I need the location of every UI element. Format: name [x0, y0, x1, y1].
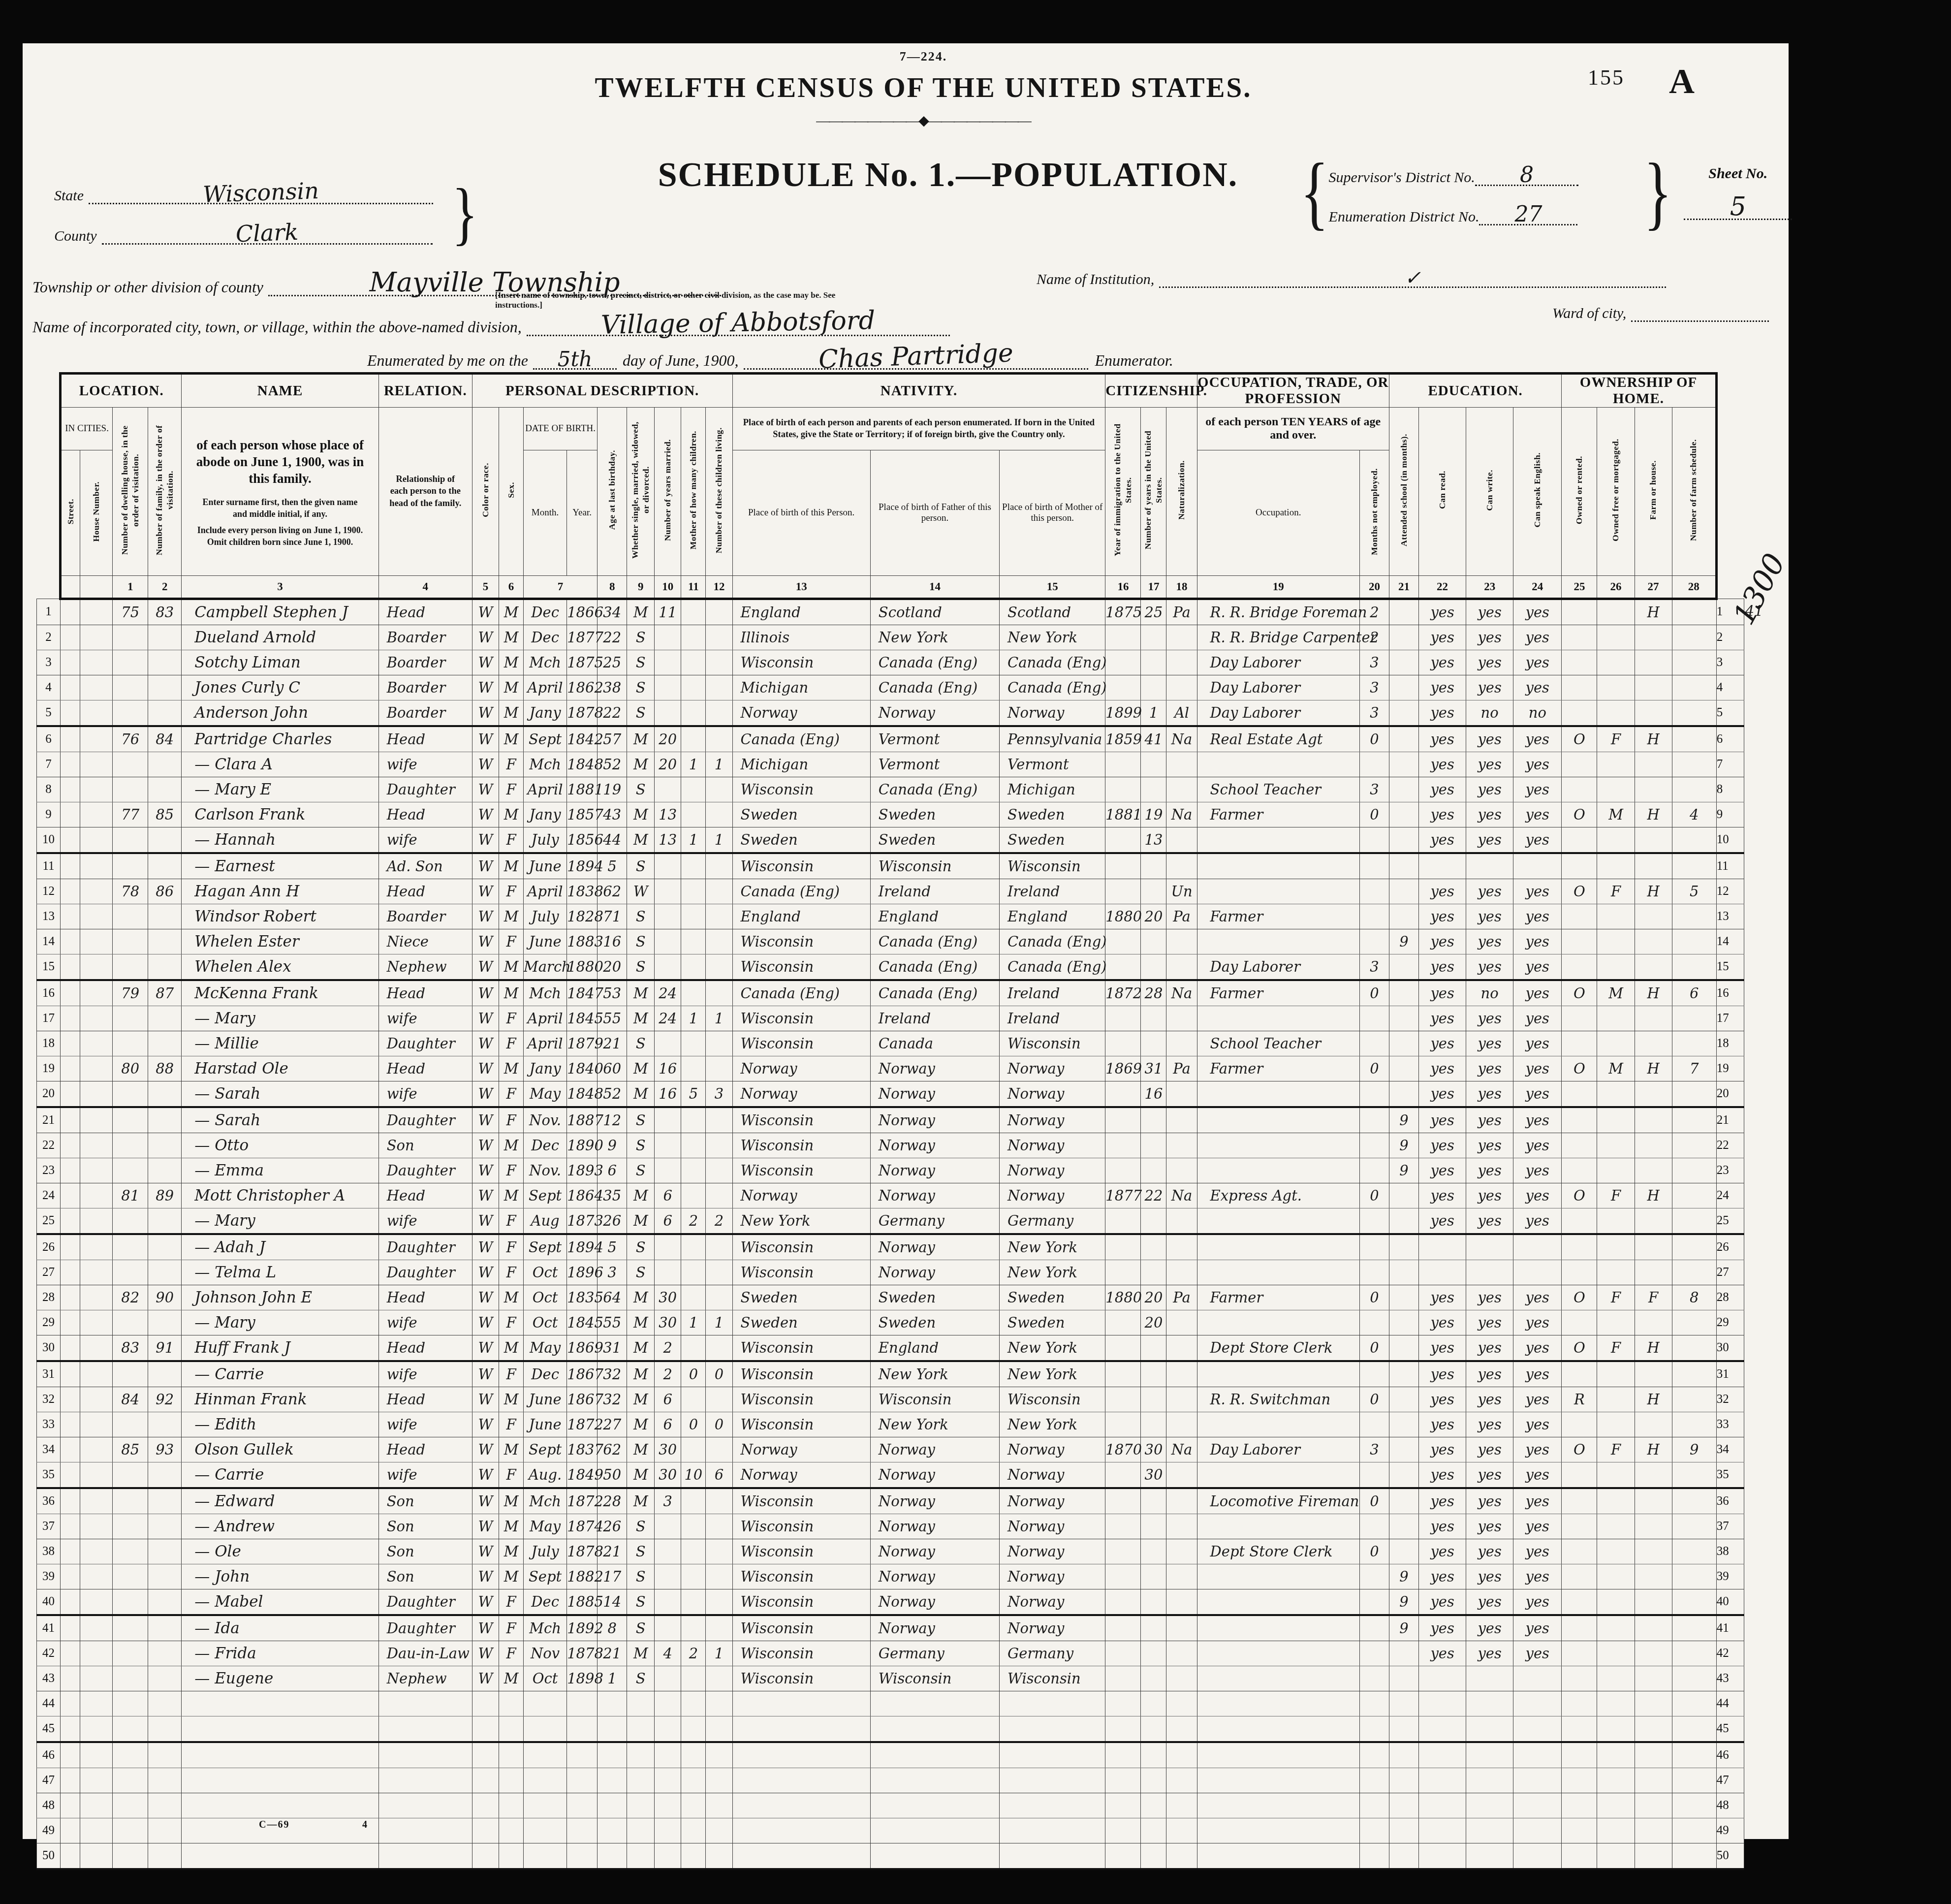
entry-eng: yes — [1526, 1339, 1549, 1356]
cell-sch — [1389, 1412, 1418, 1437]
cell-mo_ch — [681, 1335, 706, 1362]
cell-sex — [499, 1716, 523, 1743]
entry-pob: Norway — [741, 704, 797, 721]
entry-yrs_m: 6 — [663, 1187, 672, 1204]
cell-fs — [1672, 1793, 1716, 1818]
cell-house — [80, 904, 113, 929]
entry-sex: F — [506, 756, 516, 773]
cell-yrs_us — [1141, 1666, 1166, 1691]
entry-mar: S — [636, 1670, 646, 1687]
row-number-left: 27 — [37, 1260, 61, 1285]
entry-read: yes — [1430, 1162, 1454, 1179]
cell-occ — [1197, 1843, 1359, 1870]
cell-house — [80, 650, 113, 675]
cell-write — [1466, 1691, 1513, 1716]
cell-fh — [1635, 1107, 1672, 1133]
cell-fs — [1672, 1208, 1716, 1235]
entry-write: yes — [1478, 1391, 1501, 1408]
entry-eng: yes — [1526, 1289, 1549, 1306]
cell-own — [1562, 1539, 1597, 1564]
cell-eng — [1513, 1716, 1562, 1743]
cell-street — [61, 675, 80, 700]
entry-b_mo: April — [528, 1035, 563, 1052]
entry-occ: Dept Store Clerk — [1210, 1339, 1333, 1356]
entry-pob: Norway — [741, 1060, 797, 1077]
cell-street — [61, 980, 80, 1006]
entry-ch_liv: 1 — [715, 756, 724, 773]
cell-mo_ch — [681, 1133, 706, 1158]
entry-mar: M — [633, 1366, 648, 1383]
entry-rel: wife — [387, 1466, 417, 1483]
entry-pob_m: Norway — [1007, 1568, 1064, 1585]
entry-fs: 8 — [1690, 1289, 1699, 1306]
cell-b_yr: 1878 — [567, 700, 598, 727]
entry-name: Dueland Arnold — [194, 629, 316, 646]
entry-mne: 0 — [1370, 1391, 1379, 1408]
cell-mne — [1359, 853, 1389, 879]
cell-sch — [1389, 1843, 1418, 1870]
row-number-left: 21 — [37, 1107, 61, 1133]
cell-pob_f: Norway — [870, 700, 999, 727]
cell-b_mo: Mch — [524, 1488, 567, 1514]
cell-yrs_us — [1141, 1514, 1166, 1539]
cell-pob: England — [732, 599, 870, 625]
cell-sex: M — [499, 1056, 523, 1081]
cell-mar: M — [627, 1056, 655, 1081]
table-row: 4444 — [37, 1691, 1744, 1716]
cell-fs — [1672, 827, 1716, 854]
entry-dw: 78 — [121, 883, 139, 900]
cell-ch_liv — [706, 726, 732, 752]
cell-fm — [1597, 625, 1635, 650]
cell-write: yes — [1466, 625, 1513, 650]
cell-mar: M — [627, 1006, 655, 1031]
cell-own — [1562, 1564, 1597, 1589]
cell-mar: M — [627, 1462, 655, 1489]
row-number-right: 14 — [1716, 929, 1744, 954]
cell-eng: yes — [1513, 1081, 1562, 1108]
cell-ch_liv — [706, 1564, 732, 1589]
cell-rel: wife — [378, 752, 472, 777]
cell-pob_f: Norway — [870, 1183, 999, 1208]
cell-street — [61, 1183, 80, 1208]
cell-name: — Clara A — [182, 752, 378, 777]
entry-pob_m: Norway — [1007, 1441, 1064, 1458]
cell-fam — [148, 853, 182, 879]
cell-dw — [113, 827, 148, 854]
cell-pob_m: New York — [1000, 625, 1105, 650]
entry-dw: 75 — [121, 604, 139, 621]
entry-pob: England — [741, 604, 801, 621]
entry-fh: H — [1647, 1339, 1659, 1356]
cell-color: W — [472, 1666, 499, 1691]
entry-name: — Mary — [194, 1212, 255, 1230]
entry-fh: H — [1647, 604, 1659, 621]
colnum-12: 12 — [706, 576, 732, 599]
entry-pob_f: Norway — [879, 1137, 935, 1154]
cell-mo_ch — [681, 1158, 706, 1183]
entry-own: O — [1573, 1339, 1585, 1356]
entry-name: — Earnest — [194, 857, 275, 875]
cell-write: yes — [1466, 1158, 1513, 1183]
col-head-years-married-label: Number of years married. — [662, 439, 673, 541]
cell-write — [1466, 1768, 1513, 1793]
cell-house — [80, 1387, 113, 1412]
cell-nat — [1166, 1208, 1197, 1235]
cell-fam — [148, 1793, 182, 1818]
row-number-right: 49 — [1716, 1818, 1744, 1843]
entry-color: W — [478, 781, 493, 798]
cell-write: yes — [1466, 1031, 1513, 1056]
cell-imm — [1105, 879, 1141, 904]
cell-rel: Niece — [378, 929, 472, 954]
entry-name: — Emma — [194, 1162, 264, 1179]
cell-name: — Telma L — [182, 1260, 378, 1285]
entry-pob: Sweden — [741, 1289, 798, 1306]
entry-read: yes — [1430, 604, 1454, 621]
entry-pob_m: New York — [1007, 1239, 1077, 1256]
cell-eng: yes — [1513, 904, 1562, 929]
cell-rel: wife — [378, 827, 472, 854]
entry-occ: R. R. Bridge Carpenter — [1210, 629, 1377, 646]
cell-yrs_m — [655, 1691, 681, 1716]
entry-b_yr: 1837 — [567, 1441, 603, 1458]
cell-b_yr: 1838 — [567, 879, 598, 904]
cell-eng: yes — [1513, 1107, 1562, 1133]
cell-color: W — [472, 650, 499, 675]
entry-mar: M — [633, 831, 648, 848]
cell-b_mo: April — [524, 1031, 567, 1056]
entry-mar: M — [633, 756, 648, 773]
cell-read — [1419, 1768, 1466, 1793]
cell-nat — [1166, 1031, 1197, 1056]
entry-b_mo: Mch — [529, 1493, 561, 1510]
cell-b_yr — [567, 1716, 598, 1743]
cell-yrs_us: 30 — [1141, 1462, 1166, 1489]
cell-imm — [1105, 1589, 1141, 1616]
entry-name: Partridge Charles — [194, 730, 332, 748]
cell-pob_m: New York — [1000, 1361, 1105, 1387]
cell-b_yr: 1845 — [567, 1310, 598, 1335]
colnum-27: 27 — [1635, 576, 1672, 599]
row-number-right: 35 — [1716, 1462, 1744, 1489]
cell-fam — [148, 1742, 182, 1768]
cell-fh — [1635, 1488, 1672, 1514]
cell-read: yes — [1419, 1615, 1466, 1641]
cell-color: W — [472, 1260, 499, 1285]
entry-b_yr: 1864 — [567, 1187, 603, 1204]
colnum-25: 25 — [1562, 576, 1597, 599]
cell-yrs_us: 19 — [1141, 802, 1166, 827]
cell-sex: M — [499, 853, 523, 879]
entry-sch: 9 — [1399, 933, 1408, 950]
cell-ch_liv — [706, 1843, 732, 1870]
cell-fm — [1597, 599, 1635, 625]
entry-pob_f: Canada (Eng) — [879, 985, 978, 1002]
entry-yrs_us: 41 — [1144, 731, 1163, 748]
cell-fs — [1672, 700, 1716, 727]
entry-rel: Daughter — [387, 781, 455, 798]
cell-mar: M — [627, 1183, 655, 1208]
entry-b_mo: Mch — [529, 1620, 561, 1637]
entry-b_yr: 1893 — [567, 1162, 603, 1179]
entry-mo_ch: 10 — [684, 1466, 702, 1483]
cell-write: yes — [1466, 802, 1513, 827]
entry-pob_f: Norway — [879, 704, 935, 721]
row-number-right: 41 — [1716, 1615, 1744, 1641]
cell-read: yes — [1419, 1589, 1466, 1616]
cell-own — [1562, 700, 1597, 727]
entry-b_yr: 1877 — [567, 629, 603, 646]
entry-pob: Wisconsin — [741, 1239, 814, 1256]
entry-pob_f: Germany — [879, 1212, 944, 1229]
cell-yrs_us — [1141, 777, 1166, 802]
cell-rel: Boarder — [378, 675, 472, 700]
cell-fam — [148, 1310, 182, 1335]
cell-nat — [1166, 1387, 1197, 1412]
cell-occ: Express Agt. — [1197, 1183, 1359, 1208]
cell-color: W — [472, 1589, 499, 1616]
cell-fh — [1635, 1133, 1672, 1158]
cell-read: yes — [1419, 1539, 1466, 1564]
entry-sch: 9 — [1399, 1593, 1408, 1610]
cell-mar: S — [627, 777, 655, 802]
col-head-write-label: Can write. — [1484, 470, 1495, 511]
entry-write: yes — [1478, 781, 1501, 798]
entry-sex: F — [506, 1416, 516, 1433]
cell-mne — [1359, 1514, 1389, 1539]
entry-pob_f: Canada (Eng) — [879, 933, 978, 950]
cell-fm — [1597, 1107, 1635, 1133]
cell-write: yes — [1466, 1615, 1513, 1641]
cell-pob: Sweden — [732, 1310, 870, 1335]
cell-yrs_us — [1141, 1716, 1166, 1743]
cell-yrs_m: 2 — [655, 1335, 681, 1362]
entry-imm: 1869 — [1105, 1060, 1142, 1077]
entry-yrs_m: 24 — [659, 985, 677, 1002]
table-row: 288290Johnson John EHeadWMOct183564M30Sw… — [37, 1285, 1744, 1310]
cell-fs: 4 — [1672, 802, 1716, 827]
sheet-label: Sheet No. — [1684, 165, 1792, 182]
entry-b_mo: May — [530, 1339, 561, 1356]
cell-fh — [1635, 1818, 1672, 1843]
cell-b_mo: Mch — [524, 650, 567, 675]
col-head-owned: Owned or rented. — [1562, 408, 1597, 576]
cell-rel: Head — [378, 980, 472, 1006]
cell-ch_liv — [706, 1387, 732, 1412]
cell-fs — [1672, 752, 1716, 777]
row-number-left: 41 — [37, 1615, 61, 1641]
colnum-house — [80, 576, 113, 599]
entry-write: yes — [1478, 654, 1501, 671]
cell-mo_ch — [681, 1514, 706, 1539]
cell-fam — [148, 1589, 182, 1616]
table-row: 23— EmmaDaughterWFNov.18936SWisconsinNor… — [37, 1158, 1744, 1183]
entry-b_mo: Aug. — [529, 1466, 562, 1483]
col-head-naturalization-label: Naturalization. — [1176, 460, 1187, 520]
row-number-right: 23 — [1716, 1158, 1744, 1183]
entry-read: yes — [1430, 1593, 1454, 1610]
cell-b_yr: 1828 — [567, 904, 598, 929]
cell-fam: 88 — [148, 1056, 182, 1081]
cell-imm — [1105, 1818, 1141, 1843]
entry-sex: F — [506, 1085, 516, 1102]
col-head-street: Street. — [61, 450, 80, 576]
cell-pob_f: Wisconsin — [870, 853, 999, 879]
cell-own — [1562, 1742, 1597, 1768]
entry-pob_f: Norway — [879, 1568, 935, 1585]
cell-fm — [1597, 1031, 1635, 1056]
cell-eng — [1513, 1691, 1562, 1716]
district-block: { Supervisor's District No. 8 Enumeratio… — [1300, 159, 1792, 225]
cell-imm — [1105, 1716, 1141, 1743]
cell-pob: Wisconsin — [732, 1234, 870, 1260]
cell-imm — [1105, 1514, 1141, 1539]
entry-mar: M — [633, 806, 648, 823]
cell-read — [1419, 1260, 1466, 1285]
colnum-28: 28 — [1672, 576, 1716, 599]
row-number-right: 33 — [1716, 1412, 1744, 1437]
cell-color — [472, 1818, 499, 1843]
cell-occ: R. R. Switchman — [1197, 1387, 1359, 1412]
cell-read: yes — [1419, 827, 1466, 854]
cell-dw — [113, 1133, 148, 1158]
entry-sex: M — [504, 1493, 519, 1510]
cell-read: yes — [1419, 625, 1466, 650]
cell-fam: 84 — [148, 726, 182, 752]
entry-mar: S — [636, 1568, 646, 1585]
cell-fs — [1672, 1589, 1716, 1616]
entry-pob: Wisconsin — [741, 781, 814, 798]
cell-read: yes — [1419, 954, 1466, 981]
cell-fm: F — [1597, 1285, 1635, 1310]
cell-b_mo: Nov. — [524, 1107, 567, 1133]
cell-dw — [113, 1361, 148, 1387]
cell-dw — [113, 904, 148, 929]
cell-house — [80, 1589, 113, 1616]
cell-yrs_us: 20 — [1141, 1285, 1166, 1310]
entry-color: W — [478, 1162, 493, 1179]
cell-b_mo: Oct — [524, 1310, 567, 1335]
cell-fam — [148, 1768, 182, 1793]
cell-street — [61, 1615, 80, 1641]
entry-own: O — [1573, 1187, 1585, 1204]
cell-pob: Wisconsin — [732, 1564, 870, 1589]
entry-eng: yes — [1526, 1085, 1549, 1102]
col-head-sex-label: Sex. — [506, 482, 517, 498]
entry-color: W — [478, 1416, 493, 1433]
entry-b_yr: 1878 — [567, 704, 603, 721]
cell-pob: Illinois — [732, 625, 870, 650]
cell-occ — [1197, 1716, 1359, 1743]
cell-sex: F — [499, 1615, 523, 1641]
cell-street — [61, 1285, 80, 1310]
entry-sex: F — [506, 831, 516, 848]
cell-b_yr: 1872 — [567, 1412, 598, 1437]
table-row: 11— EarnestAd. SonWMJune18945SWisconsinW… — [37, 853, 1744, 879]
entry-pob_m: Ireland — [1007, 985, 1060, 1002]
cell-color: W — [472, 1006, 499, 1031]
col-head-street-label: Street. — [65, 499, 76, 524]
cell-mne — [1359, 1641, 1389, 1666]
table-row: 18— MillieDaughterWFApril187921SWisconsi… — [37, 1031, 1744, 1056]
entry-read: yes — [1430, 883, 1454, 900]
cell-read: yes — [1419, 1031, 1466, 1056]
entry-yrs_us: 31 — [1144, 1060, 1163, 1077]
table-row: 35— CarriewifeWFAug.184950M30106NorwayNo… — [37, 1462, 1744, 1489]
cell-fam — [148, 1361, 182, 1387]
row-number-right: 42 — [1716, 1641, 1744, 1666]
cell-rel — [378, 1716, 472, 1743]
cell-street — [61, 1564, 80, 1589]
entry-occ: Farmer — [1210, 806, 1263, 823]
cell-eng: yes — [1513, 1208, 1562, 1235]
entry-dw: 84 — [121, 1391, 139, 1408]
entry-yrs_m: 30 — [659, 1466, 677, 1483]
entry-read: yes — [1430, 1366, 1454, 1383]
entry-mar: M — [633, 1645, 648, 1662]
entry-b_mo: Dec — [531, 1137, 559, 1154]
row-number-right: 31 — [1716, 1361, 1744, 1387]
cell-write: yes — [1466, 879, 1513, 904]
cell-pob: Wisconsin — [732, 929, 870, 954]
cell-occ — [1197, 1107, 1359, 1133]
cell-pob_f: New York — [870, 1412, 999, 1437]
cell-name: — Sarah — [182, 1081, 378, 1108]
cell-sch — [1389, 599, 1418, 625]
section-6: CITIZENSHIP. — [1105, 374, 1197, 408]
cell-occ: Farmer — [1197, 1285, 1359, 1310]
entry-age: 28 — [603, 1493, 621, 1510]
cell-b_mo: Oct — [524, 1666, 567, 1691]
cell-write: yes — [1466, 777, 1513, 802]
cell-b_mo: Jany — [524, 802, 567, 827]
entry-b_yr: 1874 — [567, 1518, 603, 1535]
entry-pob_m: Ireland — [1007, 1010, 1060, 1027]
entry-pob_m: Norway — [1007, 1162, 1064, 1179]
cell-fh: H — [1635, 1387, 1672, 1412]
cell-street — [61, 625, 80, 650]
cell-street — [61, 1133, 80, 1158]
cell-street — [61, 1539, 80, 1564]
entry-nat: Pa — [1173, 604, 1191, 621]
cell-rel: Dau-in-Law — [378, 1641, 472, 1666]
cell-name: Campbell Stephen J — [182, 599, 378, 625]
cell-read: yes — [1419, 879, 1466, 904]
cell-yrs_m: 16 — [655, 1081, 681, 1108]
cell-write: yes — [1466, 954, 1513, 981]
entry-read: yes — [1430, 908, 1454, 925]
entry-b_mo: Dec — [531, 604, 559, 621]
cell-write: yes — [1466, 1589, 1513, 1616]
cell-own — [1562, 1107, 1597, 1133]
cell-yrs_us: 41 — [1141, 726, 1166, 752]
cell-b_yr: 1887 — [567, 1107, 598, 1133]
entry-name: Hinman Frank — [194, 1391, 307, 1408]
cell-read: yes — [1419, 700, 1466, 727]
col-head-age-label: Age at last birthday. — [607, 450, 618, 530]
entry-pob_m: Norway — [1007, 1137, 1064, 1154]
entry-mar: S — [636, 679, 646, 696]
entry-eng: yes — [1526, 1645, 1549, 1662]
cell-house — [80, 1514, 113, 1539]
col-head-color: Color or race. — [472, 408, 499, 576]
cell-write: yes — [1466, 1437, 1513, 1462]
cell-mo_ch: 1 — [681, 1310, 706, 1335]
entry-color: W — [478, 1620, 493, 1637]
colnum-10: 10 — [655, 576, 681, 599]
entry-sex: F — [506, 1035, 516, 1052]
